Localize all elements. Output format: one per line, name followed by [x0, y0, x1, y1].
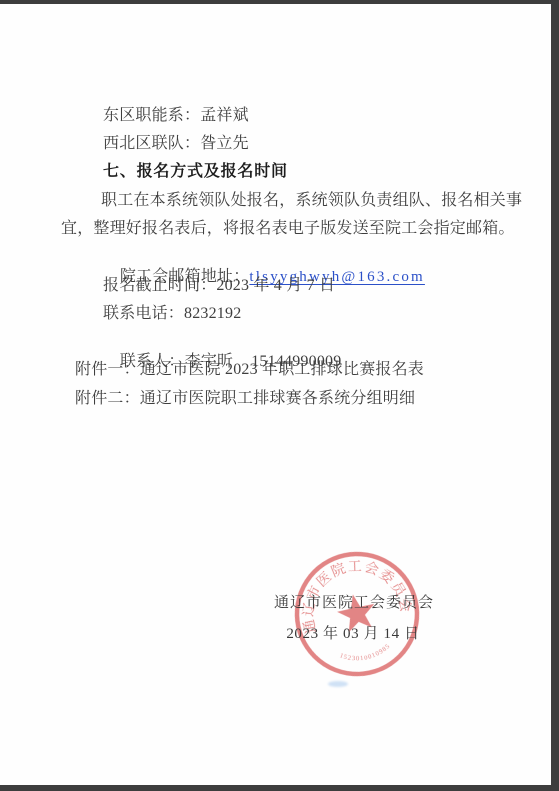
seal-code-holder: 1523010010985: [338, 642, 394, 667]
phone-line: 联系电话：8232192: [103, 304, 241, 324]
paragraph-line-1: 职工在本系统领队处报名，系统领队负责组队、报名相关事: [101, 191, 522, 211]
attachment-1-line: 附件一：通辽市医院 2023 年职工排球比赛报名表: [75, 360, 424, 380]
page-edge-right: [551, 0, 559, 791]
line-east-district: 东区职能系：孟祥斌: [103, 106, 249, 126]
seal-code: 1523010010985: [338, 642, 394, 667]
attachment-2-line: 附件二：通辽市医院职工排球赛各系统分组明细: [75, 389, 415, 409]
paragraph-line-2: 宜，整理好报名表后，将报名表电子版发送至院工会指定邮箱。: [61, 219, 515, 239]
page-edge-bottom: [0, 785, 559, 791]
signature-organization: 通辽市医院工会委员会: [258, 591, 450, 612]
deadline-line: 报名截止时间：2023 年 4 月 7 日: [103, 276, 335, 296]
section-heading: 七、报名方式及报名时间: [103, 162, 288, 182]
line-northwest-district: 西北区联队：昝立先: [103, 134, 249, 154]
document-page: 东区职能系：孟祥斌 西北区联队：昝立先 七、报名方式及报名时间 职工在本系统领队…: [0, 0, 559, 791]
scan-artifact: [328, 681, 348, 687]
signature-date: 2023 年 03 月 14 日: [257, 622, 449, 643]
page-edge-top: [0, 0, 559, 4]
official-seal: 通辽市医院工会委员会 1523010010985: [269, 526, 445, 702]
document-viewer: { "page": { "lines": { "east_district": …: [0, 0, 559, 791]
